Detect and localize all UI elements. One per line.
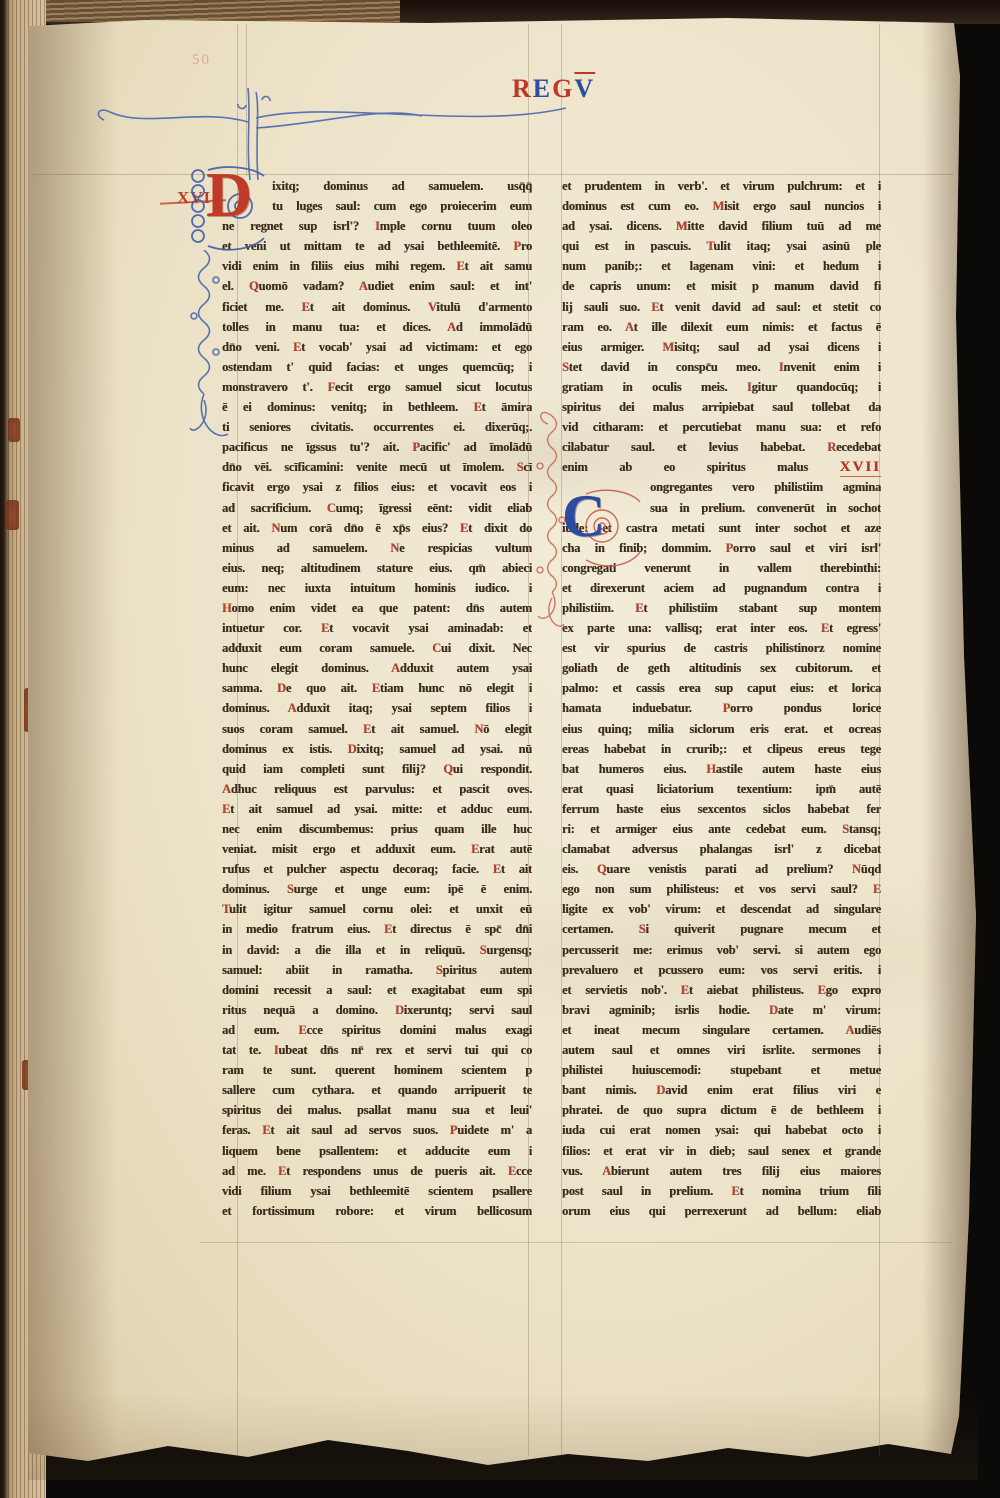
text-line: ram eo. At ille dilexit eum nimis: et fa… [562, 317, 881, 337]
text-line: liquem bene psallentem: et adducite eum … [222, 1141, 532, 1161]
initial-d-letter: D [206, 158, 252, 232]
text-line: minus ad samuelem. Ne respicias vultum [222, 538, 532, 558]
rubricated-capital: N [390, 541, 399, 555]
rubricated-capital: E [278, 1164, 286, 1178]
initial-c-letter: C [562, 482, 605, 551]
rubricated-capital: E [508, 1164, 516, 1178]
rubricated-capital: P [723, 701, 730, 715]
text-line: et servietis nob'. Et aiebat philisteus.… [562, 980, 881, 1000]
rubricated-capital: E [731, 1184, 739, 1198]
rubricated-capital: S [842, 822, 849, 836]
rubricated-capital: T [706, 239, 713, 253]
text-line: certamen. Si quiverit pugnare mecum et [562, 919, 881, 939]
text-line: ficavit ergo ysai z filios eius: et voca… [222, 477, 532, 497]
text-line: ad ysai. dicens. Mitte david filium tuū … [562, 216, 881, 236]
rubricated-capital: E [293, 340, 301, 354]
text-line: quid iam completi sunt filij? Qui respon… [222, 759, 532, 779]
running-title-letter: G [552, 74, 574, 103]
text-line: et prudentem in verb'. et virum pulchrum… [562, 176, 881, 196]
rubricated-capital: E [302, 300, 310, 314]
text-line: ereas habebat in crurib;: et clipeus ere… [562, 739, 881, 759]
rubricated-capital: C [327, 501, 336, 515]
text-line: intuetur cor. Et vocavit ysai aminadab: … [222, 618, 532, 638]
rubricated-capital: E [873, 882, 881, 896]
text-line: tolles in manu tua: et dices. Ad immolād… [222, 317, 532, 337]
text-line: ixitq; dominus ad samuelem. usq̄q̄ [222, 176, 532, 196]
rubricated-capital: P [450, 1123, 457, 1137]
text-line: ligite ex vob' virum: et descendat ad si… [562, 899, 881, 919]
text-line: tat te. Iubeat dn̄s nr̄ rex et servi tui… [222, 1040, 532, 1060]
rubricated-capital: E [372, 681, 380, 695]
rubricated-capital: A [288, 701, 297, 715]
rubricated-capital: A [391, 661, 400, 675]
text-line: ex parte una: vallisq; erat inter eos. E… [562, 618, 881, 638]
rubricated-capital: N [852, 862, 861, 876]
text-line: num panib;: et lagenam vini: et hedum i [562, 256, 881, 276]
rubricated-capital: S [436, 963, 443, 977]
text-line: phratei. de quo supra dictum ē de bethle… [562, 1100, 881, 1120]
text-line: et ineat mecum singulare certamen. Audiē… [562, 1020, 881, 1040]
text-line: suos coram samuel. Et ait samuel. Nō ele… [222, 719, 532, 739]
rubricated-capital: N [474, 722, 483, 736]
text-line: domini recessit a saul: et exagitabat eu… [222, 980, 532, 1000]
text-line: eis. Quare venistis parati ad prelium? N… [562, 859, 881, 879]
rubricated-capital: M [676, 219, 688, 233]
text-line: sallere cum cythara. et quando arripueri… [222, 1080, 532, 1100]
rubricated-capital: E [222, 802, 230, 816]
text-line: bat humeros eius. Hastile autem haste ei… [562, 759, 881, 779]
rubricated-capital: R [827, 440, 836, 454]
rubricated-capital: E [473, 400, 481, 414]
rubricated-capital: P [513, 239, 520, 253]
text-line: ram te sunt. querent hominem scientem p [222, 1060, 532, 1080]
rubricated-capital: E [298, 1023, 306, 1037]
text-line: in david: a die illa et in reliquū. Surg… [222, 940, 532, 960]
rubricated-capital: Q [249, 279, 259, 293]
text-line: clamabat adversus phalangas isrl' z dice… [562, 839, 881, 859]
decorated-initial-c: C [556, 488, 646, 574]
text-line: qui est in pascuis. Tulit itaq; ysai asi… [562, 236, 881, 256]
decorated-initial-d: D [188, 166, 268, 252]
text-line: ad sacrificium. Cumq; īgressi eēnt: vidi… [222, 498, 532, 518]
text-line: ficiet me. Et ait dominus. Vitulū d'arme… [222, 297, 532, 317]
rubricated-capital: C [432, 641, 441, 655]
text-line: vid citharam: et percutiebat manu sua: e… [562, 417, 881, 437]
rubricated-capital: A [845, 1023, 854, 1037]
text-line: tu luges saul: cum ego proiecerim eum [222, 196, 532, 216]
leather-tab-spot [8, 418, 20, 442]
rubricated-capital: S [480, 943, 487, 957]
text-line: ostendam t' quid facias: et unges quemcū… [222, 357, 532, 377]
text-line: et veni ut mittam te ad ysai bethleemitē… [222, 236, 532, 256]
rubricated-capital: E [321, 621, 329, 635]
rubricated-capital: E [635, 601, 643, 615]
text-line: et fortissimum robore: et virum bellicos… [222, 1201, 532, 1221]
running-title-letter: R [512, 74, 533, 103]
text-line: ri: et armiger eius ante cedebat eum. St… [562, 819, 881, 839]
rubricated-capital: E [651, 300, 659, 314]
rubricated-capital: H [706, 762, 716, 776]
text-line: samma. De quo ait. Etiam hunc nō elegit … [222, 678, 532, 698]
text-line: cilabatur saul. et levius habebat. Reced… [562, 437, 881, 457]
rubricated-capital: M [712, 199, 724, 213]
rubricated-capital: E [262, 1123, 270, 1137]
text-line: Et ait samuel ad ysai. mitte: et adduc e… [222, 799, 532, 819]
running-title-letter: E [533, 74, 552, 103]
text-column-left: ixitq; dominus ad samuelem. usq̄q̄tu lug… [222, 176, 532, 1221]
rubricated-capital: I [779, 360, 784, 374]
rubricated-capital: V [428, 300, 436, 314]
text-line: Adhuc reliquus est parvulus: et pascit o… [222, 779, 532, 799]
text-line: enim ab eo spiritus malus XVII [562, 457, 881, 477]
rubricated-capital: E [821, 621, 829, 635]
rubricated-capital: P [725, 541, 732, 555]
text-line: vidi enim in filiis eius mihi regem. Et … [222, 256, 532, 276]
chapter-17-marker: XVII [840, 459, 881, 477]
text-line: palmo: et cassis erea sup caput eius: et… [562, 678, 881, 698]
rubricated-capital: F [327, 380, 334, 394]
rubricated-capital: I [274, 1043, 279, 1057]
ruling-line-horizontal [200, 1242, 952, 1243]
text-line: ferrum haste eius sexcentos siclos habeb… [562, 799, 881, 819]
rubricated-capital: A [625, 320, 634, 334]
penwork-flourish-top [52, 84, 572, 184]
rubricated-capital: S [287, 882, 294, 896]
rubricated-capital: T [222, 902, 229, 916]
text-line: ē ei dominus: venitq; in bethleem. Et ām… [222, 397, 532, 417]
text-line: ti seniores civitatis. occurrentes ei. d… [222, 417, 532, 437]
running-title-letter: V [574, 74, 595, 103]
text-line: Homo enim videt ea que patent: dn̄s aute… [222, 598, 532, 618]
text-column-right: et prudentem in verb'. et virum pulchrum… [562, 176, 881, 1221]
text-line: in medio fratrum eius. Et directus ē spc… [222, 919, 532, 939]
rubricated-capital: A [602, 1164, 611, 1178]
text-line: dominus. Surge et unge eum: ipē ē enim. [222, 879, 532, 899]
text-line: el. Quomō vadam? Audiet enim saul: et in… [222, 276, 532, 296]
text-line: ego non sum philisteus: et vos servi sau… [562, 879, 881, 899]
leather-tab-spot [6, 500, 19, 530]
text-line: adduxit eum coram samuele. Cui dixit. Ne… [222, 638, 532, 658]
text-line: spiritus dei malus arripiebat saul tolle… [562, 397, 881, 417]
text-line: rufus et pulcher aspectu decoraq; facie.… [222, 859, 532, 879]
text-line: lij sauli suo. Et venit david ad saul: e… [562, 297, 881, 317]
text-line: vus. Abierunt autem tres filij eius maio… [562, 1161, 881, 1181]
text-line: est vir spurius de castris philistinorz … [562, 638, 881, 658]
rubricated-capital: E [456, 259, 464, 273]
rubricated-capital: E [363, 722, 371, 736]
text-line: eum: nec iuxta intuitum hominis iudico. … [222, 578, 532, 598]
text-line: vidi filium ysai bethleemitē scientem ps… [222, 1181, 532, 1201]
rubricated-capital: P [412, 440, 419, 454]
rubricated-capital: D [769, 1003, 778, 1017]
text-line: autem saul et omnes viri isrlite. sermon… [562, 1040, 881, 1060]
rubricated-capital: A [359, 279, 368, 293]
rubricated-capital: Q [443, 762, 453, 776]
rubricated-capital: D [656, 1083, 665, 1097]
rubricated-capital: E [460, 521, 468, 535]
rubricated-capital: E [818, 983, 826, 997]
rubricated-capital: S [639, 922, 646, 936]
rubricated-capital: D [277, 681, 286, 695]
text-line: orum eius qui perrexerunt ad bellum: eli… [562, 1201, 881, 1221]
text-line: eius quinq; milia siclorum eris erat. et… [562, 719, 881, 739]
text-line: et direxerunt aciem ad pugnandum contra … [562, 578, 881, 598]
text-line: ad me. Et respondens unus de pueris ait.… [222, 1161, 532, 1181]
text-line: gratiam in oculis meis. Igitur quandocūq… [562, 377, 881, 397]
text-line: dominus ex istis. Dixitq; samuel ad ysai… [222, 739, 532, 759]
rubricated-capital: H [222, 601, 232, 615]
running-title: REGV [512, 74, 595, 104]
rubricated-capital: I [747, 380, 752, 394]
rubricated-capital: S [517, 460, 524, 474]
text-line: bravi agminib; isrlis hodie. Date m' vir… [562, 1000, 881, 1020]
rubricated-capital: E [384, 922, 392, 936]
text-line: erat quasi liciatorium texentium: ipm̄ a… [562, 779, 881, 799]
text-line: de capris unum: et misit p manum david f… [562, 276, 881, 296]
page-fore-edge-top [0, 0, 400, 22]
text-line: prevaluero et pcussero eum: vos servi er… [562, 960, 881, 980]
text-line: dominus. Adduxit itaq; ysai septem filio… [222, 698, 532, 718]
text-line: eius armiger. Misitq; saul ad ysai dicen… [562, 337, 881, 357]
text-line: philistei huiuscemodi: stupebant et metu… [562, 1060, 881, 1080]
text-line: hamata induebatur. Porro pondus lorice [562, 698, 881, 718]
folio-number: 50 [192, 52, 211, 69]
text-line: bant nimis. David enim erat filius viri … [562, 1080, 881, 1100]
text-line: post saul in prelium. Et nomina trium fi… [562, 1181, 881, 1201]
text-line: ne regnet sup isrl'? Imple cornu tuum ol… [222, 216, 532, 236]
text-line: iuda cui erat nomen ysai: qui habebat oc… [562, 1120, 881, 1140]
rubricated-capital: N [271, 521, 280, 535]
rubricated-capital: Q [597, 862, 607, 876]
rubricated-capital: S [562, 360, 569, 374]
text-line: veniat. misit ergo et adduxit eum. Erat … [222, 839, 532, 859]
text-line: monstravero t'. Fecit ergo samuel sicut … [222, 377, 532, 397]
text-line: percusserit me: erimus vob' servi. si au… [562, 940, 881, 960]
rubricated-capital: E [471, 842, 479, 856]
rubricated-capital: A [222, 782, 231, 796]
text-line: philistiim. Et philistiim stabant sup mo… [562, 598, 881, 618]
text-line: dn̄o vēi. scīficamini: venite mecū ut īm… [222, 457, 532, 477]
text-line: feras. Et ait saul ad servos suos. Puide… [222, 1120, 532, 1140]
text-line: dominus est cum eo. Misit ergo saul nunc… [562, 196, 881, 216]
text-line: hunc elegit dominus. Adduxit autem ysai [222, 658, 532, 678]
text-line: nec enim discumbemus: prius quam ille hu… [222, 819, 532, 839]
rubricated-capital: M [662, 340, 674, 354]
text-line: eius. neq; altitudinem stature eius. qm̄… [222, 558, 532, 578]
text-line: dn̄o veni. Et vocab' ysai ad victimam: e… [222, 337, 532, 357]
text-line: Stet david in conspc̄u meo. Invenit enim… [562, 357, 881, 377]
text-line: filios: et erat vir in dieb; saul senex … [562, 1141, 881, 1161]
text-line: spiritus dei malus. psallat manu sua et … [222, 1100, 532, 1120]
text-line: goliath de geth altitudinis sex cubitoru… [562, 658, 881, 678]
rubricated-capital: D [348, 742, 357, 756]
text-line: samuel: abiit in ramatha. Spiritus autem [222, 960, 532, 980]
rubricated-capital: D [395, 1003, 404, 1017]
text-line: ritus nequā a domino. Dixeruntq; servi s… [222, 1000, 532, 1020]
rubricated-capital: E [493, 862, 501, 876]
rubricated-capital: A [447, 320, 456, 334]
text-line: Tulit igitur samuel cornu olei: et unxit… [222, 899, 532, 919]
text-line: pacificus ne īgssus tu'? ait. Pacific' a… [222, 437, 532, 457]
rubricated-capital: E [681, 983, 689, 997]
text-line: ad eum. Ecce spiritus domini malus exagi [222, 1020, 532, 1040]
rubricated-capital: I [375, 219, 380, 233]
text-line: et ait. Num corā dn̄o ē xp̄s eius? Et di… [222, 518, 532, 538]
